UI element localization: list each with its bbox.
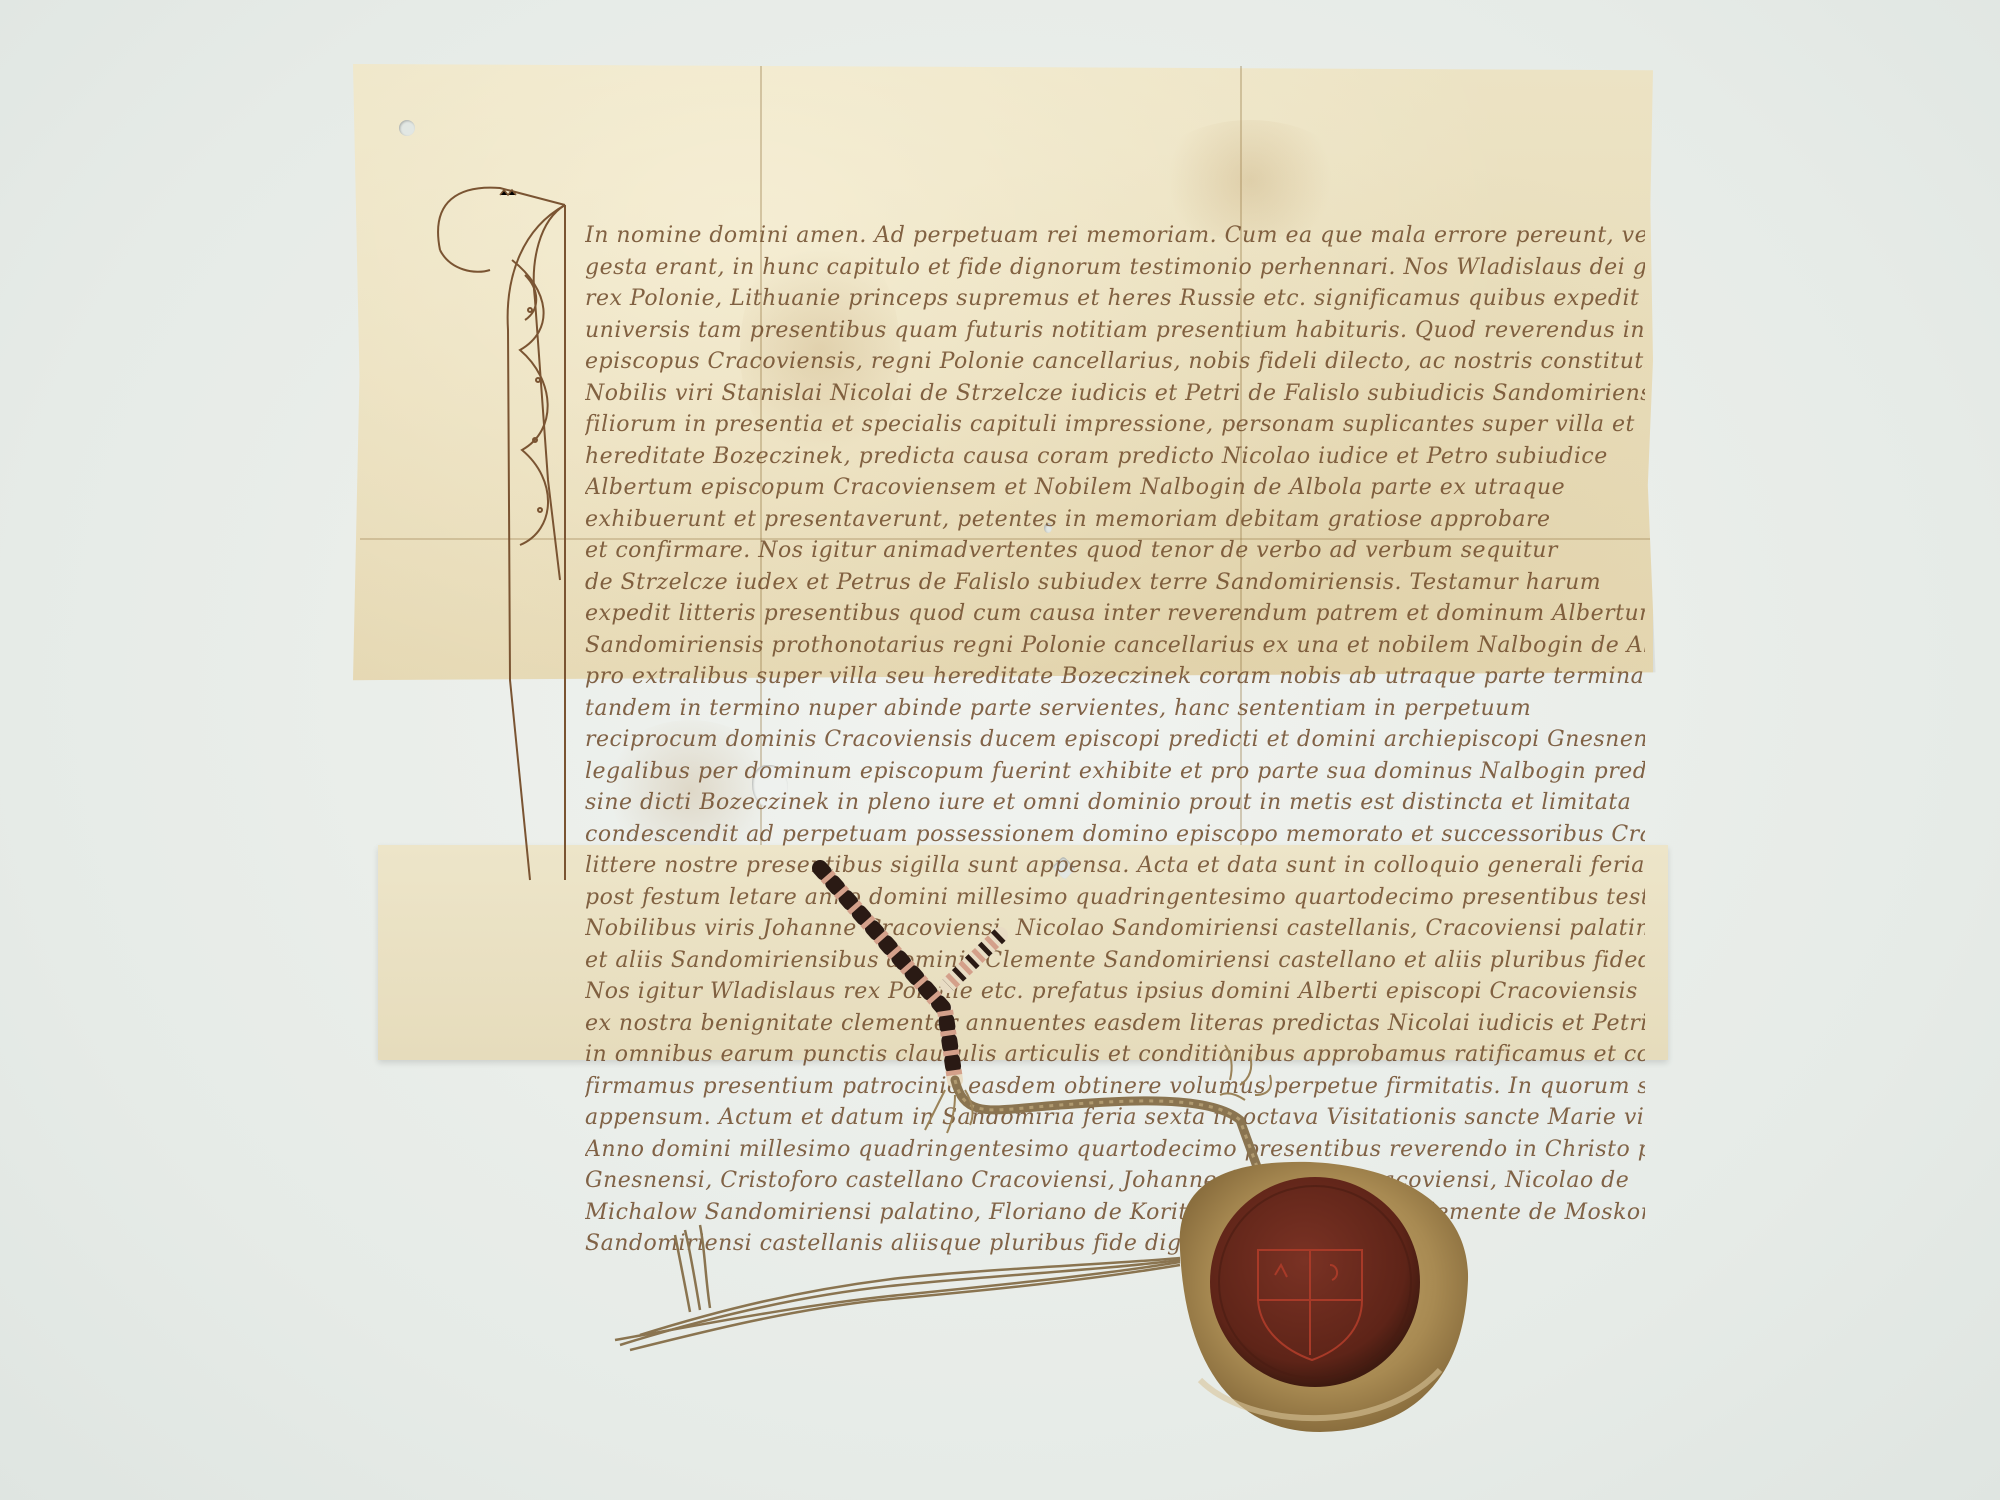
wax-seal	[0, 0, 2000, 1500]
